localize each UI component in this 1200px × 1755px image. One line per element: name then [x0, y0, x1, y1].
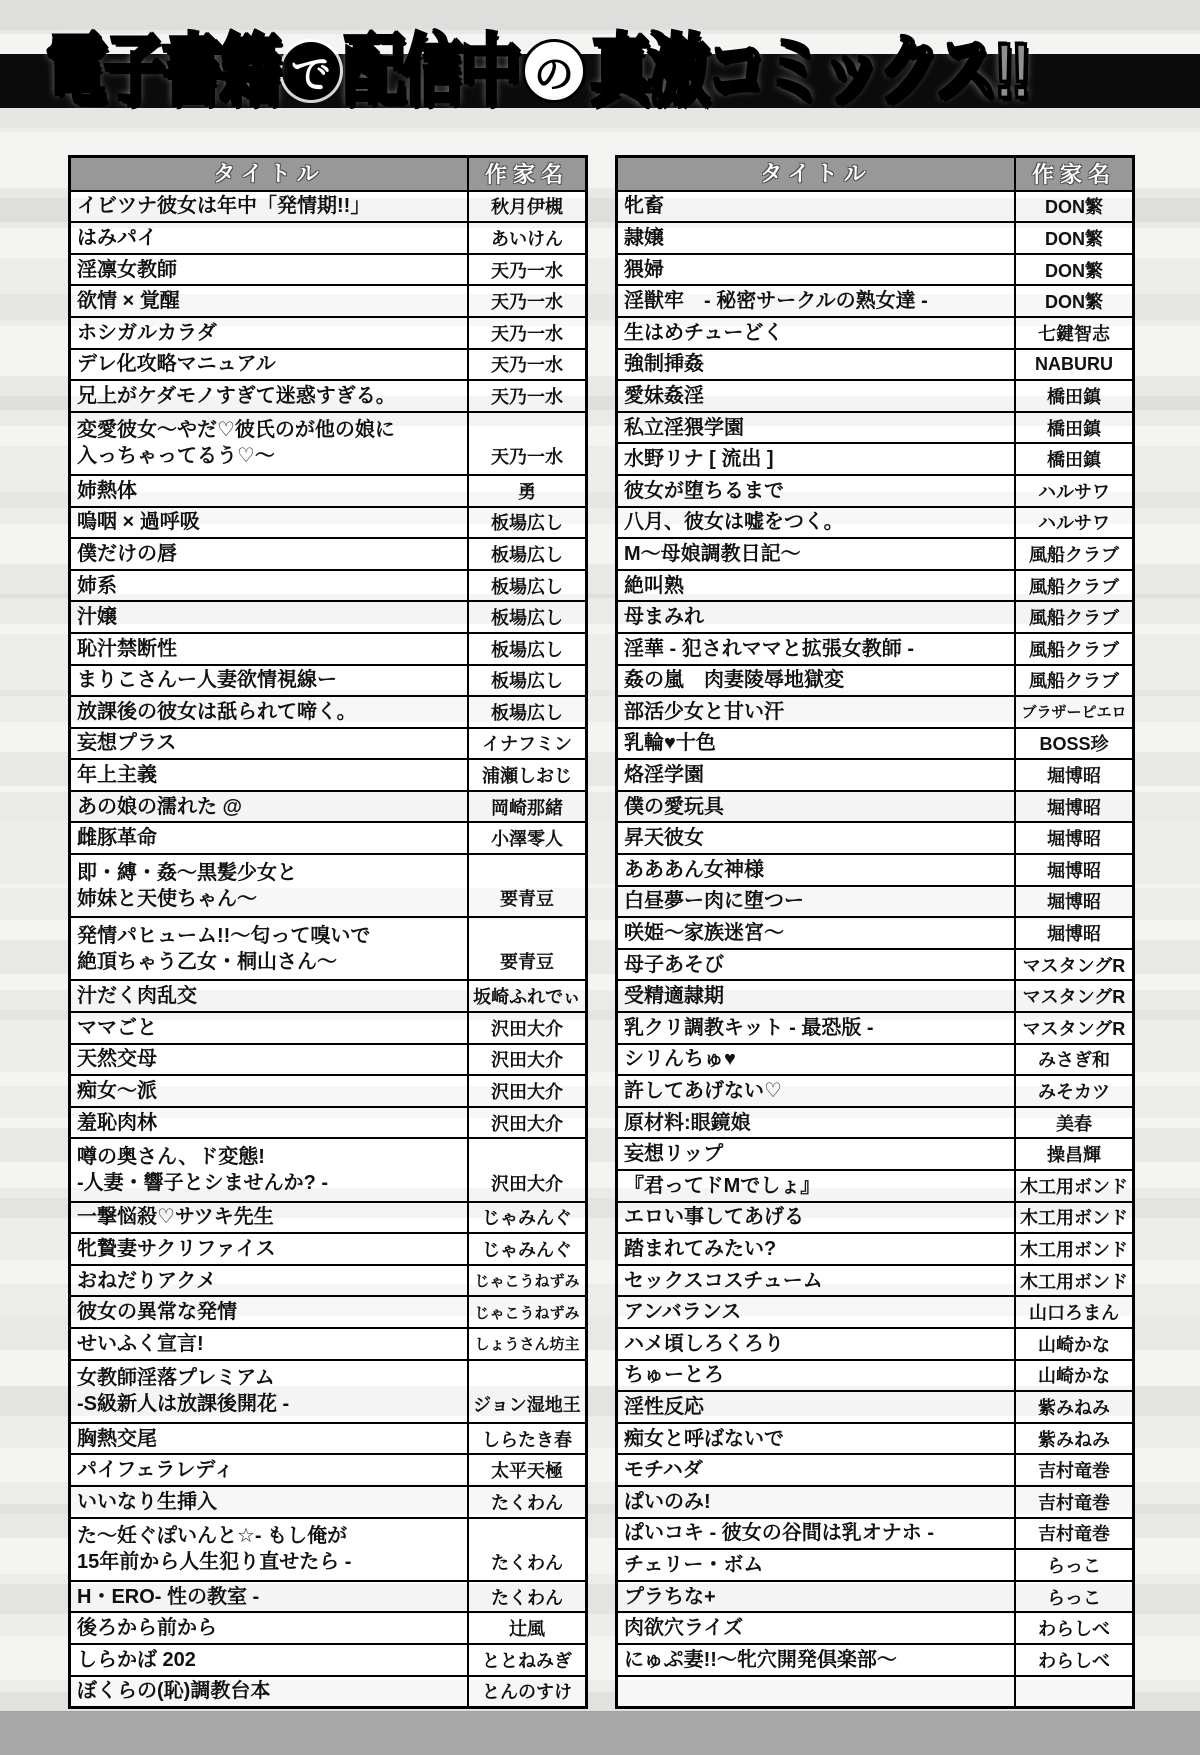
title-cell: 昇天彼女: [618, 823, 1016, 853]
title-cell: 痴女と呼ばないで: [618, 1424, 1016, 1454]
table-row: 許してあげない♡みそカツ: [618, 1074, 1132, 1106]
title-cell: ぼくらの(恥)調教台本: [71, 1677, 469, 1707]
table-row: 兄上がケダモノすぎて迷惑すぎる。天乃一水: [71, 379, 585, 411]
title-cell: 後ろから前から: [71, 1613, 469, 1643]
table-row: にゅぷ妻!!〜牝穴開発倶楽部〜わらしべ: [618, 1643, 1132, 1675]
footer-gray-band: [0, 1711, 1200, 1755]
author-cell: 天乃一水: [469, 286, 585, 316]
table-row: まりこさんー人妻欲情視線ー板場広し: [71, 664, 585, 696]
title-cell: イビツナ彼女は年中「発情期!!」: [71, 192, 469, 222]
table-row: はみパイあいけん: [71, 221, 585, 253]
title-cell: アンバランス: [618, 1297, 1016, 1327]
table-row: ハメ頃しろくろり山崎かな: [618, 1327, 1132, 1359]
table-row: 汁嬢板場広し: [71, 600, 585, 632]
table-row: エロい事してあげる木工用ボンド: [618, 1201, 1132, 1233]
title-cell: ぱいコキ - 彼女の谷間は乳オナホ -: [618, 1519, 1016, 1549]
author-cell: 木工用ボンド: [1016, 1171, 1132, 1201]
table-row: 一撃悩殺♡サツキ先生じゃみんぐ: [71, 1201, 585, 1233]
table-row: しらかば 202ととねみぎ: [71, 1643, 585, 1675]
table-row: 淫性反応紫みねみ: [618, 1390, 1132, 1422]
author-cell: らっこ: [1016, 1550, 1132, 1580]
table-row: イビツナ彼女は年中「発情期!!」秋月伊槻: [71, 190, 585, 222]
title-cell: 淫獣牢 - 秘密サークルの熟女達 -: [618, 286, 1016, 316]
author-cell: たくわん: [469, 1582, 585, 1612]
title-cell: あの娘の濡れた @: [71, 792, 469, 822]
table-row: せいふく宣言!しょうさん坊主: [71, 1327, 585, 1359]
author-cell: ブラザーピエロ: [1016, 697, 1132, 727]
title-cell: 八月、彼女は嘘をつく。: [618, 508, 1016, 538]
title-cell: 姉熱体: [71, 476, 469, 506]
author-cell: 板場広し: [469, 508, 585, 538]
title-cell: 原材料:眼鏡娘: [618, 1108, 1016, 1138]
table-row: 母まみれ風船クラブ: [618, 600, 1132, 632]
table-row: 年上主義浦瀬しおじ: [71, 758, 585, 790]
title-column-header: タイトル: [618, 158, 1016, 190]
author-cell: 板場広し: [469, 634, 585, 664]
table-row: ぼくらの(恥)調教台本とんのすけ: [71, 1675, 585, 1707]
author-cell: DON繁: [1016, 286, 1132, 316]
title-cell: 妄想プラス: [71, 729, 469, 759]
table-row: 妄想プラスイナフミン: [71, 727, 585, 759]
author-cell: DON繁: [1016, 255, 1132, 285]
table-row: 肉欲穴ライズわらしべ: [618, 1611, 1132, 1643]
table-row: 天然交母沢田大介: [71, 1043, 585, 1075]
title-cell: 猥婦: [618, 255, 1016, 285]
table-row: 受精適隷期マスタングR: [618, 979, 1132, 1011]
title-cell: 私立淫猥学園: [618, 413, 1016, 443]
title-cell: エロい事してあげる: [618, 1203, 1016, 1233]
title-cell: 彼女が堕ちるまで: [618, 476, 1016, 506]
table-row: ぱいコキ - 彼女の谷間は乳オナホ -吉村竜巻: [618, 1517, 1132, 1549]
table-header-row: タイトル 作家名: [71, 158, 585, 190]
author-cell: 沢田大介: [469, 1139, 585, 1200]
title-cell: あああん女神様: [618, 855, 1016, 885]
title-cell: 僕の愛玩具: [618, 792, 1016, 822]
title-cell: ホシガルカラダ: [71, 318, 469, 348]
title-cell: パイフェラレディ: [71, 1455, 469, 1485]
title-cell: ママごと: [71, 1013, 469, 1043]
title-cell: 羞恥肉林: [71, 1108, 469, 1138]
title-cell: 欲情 × 覚醒: [71, 286, 469, 316]
table-row: 牝畜DON繁: [618, 190, 1132, 222]
table-row: おねだりアクメじゃこうねずみ: [71, 1264, 585, 1296]
table-header-row: タイトル 作家名: [618, 158, 1132, 190]
title-cell: 胸熱交尾: [71, 1424, 469, 1454]
table-row: ホシガルカラダ天乃一水: [71, 316, 585, 348]
author-cell: 橋田鎮: [1016, 444, 1132, 474]
table-row: 八月、彼女は嘘をつく。ハルサワ: [618, 506, 1132, 538]
page-title: 電子書籍で配信中の真激コミックス!!: [46, 12, 1106, 116]
author-cell: わらしべ: [1016, 1645, 1132, 1675]
author-cell: たくわん: [469, 1519, 585, 1580]
author-cell: 天乃一水: [469, 318, 585, 348]
table-row: 姉系板場広し: [71, 569, 585, 601]
author-cell: 沢田大介: [469, 1108, 585, 1138]
title-cell: M〜母娘調教日記〜: [618, 539, 1016, 569]
author-cell: 沢田大介: [469, 1013, 585, 1043]
title-cell: 汁だく肉乱交: [71, 981, 469, 1011]
author-cell: 橋田鎮: [1016, 381, 1132, 411]
table-row: 牝贄妻サクリファイスじゃみんぐ: [71, 1232, 585, 1264]
author-cell: 紫みねみ: [1016, 1424, 1132, 1454]
author-cell: じゃみんぐ: [469, 1203, 585, 1233]
author-cell: マスタングR: [1016, 950, 1132, 980]
author-cell: 風船クラブ: [1016, 571, 1132, 601]
title-cell: 受精適隷期: [618, 981, 1016, 1011]
title-cell: 乳輪♥十色: [618, 729, 1016, 759]
author-cell: 秋月伊槻: [469, 192, 585, 222]
title-cell: おねだりアクメ: [71, 1266, 469, 1296]
author-cell: じゃこうねずみ: [469, 1297, 585, 1327]
table-row: パイフェラレディ太平天極: [71, 1453, 585, 1485]
author-cell: 山口ろまん: [1016, 1297, 1132, 1327]
table-row: シリんちゅ♥みさぎ和: [618, 1043, 1132, 1075]
title-cell: ハメ頃しろくろり: [618, 1329, 1016, 1359]
author-cell: 天乃一水: [469, 413, 585, 474]
author-cell: ジョン湿地王: [469, 1361, 585, 1422]
table-row: 雌豚革命小澤零人: [71, 821, 585, 853]
title-cell: しらかば 202: [71, 1645, 469, 1675]
table-row: ママごと沢田大介: [71, 1011, 585, 1043]
title-cell: 恥汁禁断性: [71, 634, 469, 664]
table-row: 昇天彼女堀博昭: [618, 821, 1132, 853]
table-row: 僕だけの唇板場広し: [71, 537, 585, 569]
table-row: 噂の奥さん、ド変態! -人妻・響子とシませんか? -沢田大介: [71, 1137, 585, 1200]
author-cell: 沢田大介: [469, 1076, 585, 1106]
title-cell: 僕だけの唇: [71, 539, 469, 569]
title-cell: にゅぷ妻!!〜牝穴開発倶楽部〜: [618, 1645, 1016, 1675]
table-row: 痴女と呼ばないで紫みねみ: [618, 1422, 1132, 1454]
table-row: 強制挿姦NABURU: [618, 348, 1132, 380]
title-cell: モチハダ: [618, 1455, 1016, 1485]
title-cell: 痴女〜派: [71, 1076, 469, 1106]
table-row: 変愛彼女〜やだ♡彼氏のが他の娘に 入っちゃってるう♡〜天乃一水: [71, 411, 585, 474]
table-row: 絶叫熟風船クラブ: [618, 569, 1132, 601]
table-row: あの娘の濡れた @岡崎那緒: [71, 790, 585, 822]
author-cell: 岡崎那緒: [469, 792, 585, 822]
author-column-header: 作家名: [1016, 158, 1132, 190]
title-cell: 淫性反応: [618, 1392, 1016, 1422]
author-cell: 風船クラブ: [1016, 539, 1132, 569]
title-cell: まりこさんー人妻欲情視線ー: [71, 666, 469, 696]
title-cell: 年上主義: [71, 760, 469, 790]
author-cell: 勇: [469, 476, 585, 506]
title-cell: 兄上がケダモノすぎて迷惑すぎる。: [71, 381, 469, 411]
author-cell: 板場広し: [469, 571, 585, 601]
table-row: 淫華 - 犯されママと拡張女教師 -風船クラブ: [618, 632, 1132, 664]
author-cell: 七鍵智志: [1016, 318, 1132, 348]
title-cell: 噂の奥さん、ド変態! -人妻・響子とシませんか? -: [71, 1139, 469, 1200]
title-cell: 女教師淫落プレミアム -S級新人は放課後開花 -: [71, 1361, 469, 1422]
author-cell: 美春: [1016, 1108, 1132, 1138]
author-cell: 天乃一水: [469, 255, 585, 285]
table-row: 乳クリ調教キット - 最恐版 -マスタングR: [618, 1011, 1132, 1043]
table-row: 放課後の彼女は舐られて啼く。板場広し: [71, 695, 585, 727]
table-row: 私立淫猥学園橋田鎮: [618, 411, 1132, 443]
author-cell: ハルサワ: [1016, 476, 1132, 506]
author-cell: 堀博昭: [1016, 792, 1132, 822]
table-row: 汁だく肉乱交坂崎ふれでぃ: [71, 979, 585, 1011]
author-cell: 橋田鎮: [1016, 413, 1132, 443]
title-segment: 電子書籍: [46, 8, 278, 119]
author-cell: 天乃一水: [469, 381, 585, 411]
table-row: 恥汁禁断性板場広し: [71, 632, 585, 664]
author-cell: じゃこうねずみ: [469, 1266, 585, 1296]
title-cell: はみパイ: [71, 223, 469, 253]
title-cell: 咲姫〜家族迷宮〜: [618, 918, 1016, 948]
author-cell: 木工用ボンド: [1016, 1203, 1132, 1233]
author-cell: 風船クラブ: [1016, 634, 1132, 664]
author-cell: 操昌輝: [1016, 1139, 1132, 1169]
title-cell: 汁嬢: [71, 602, 469, 632]
author-cell: 板場広し: [469, 697, 585, 727]
author-cell: 山崎かな: [1016, 1329, 1132, 1359]
title-cell: 彼女の異常な発情: [71, 1297, 469, 1327]
title-cell: 即・縛・姦〜黒髪少女と 姉妹と天使ちゃん〜: [71, 855, 469, 916]
table-row: 姉熱体勇: [71, 474, 585, 506]
title-cell: 強制挿姦: [618, 350, 1016, 380]
table-row: 隷嬢DON繁: [618, 221, 1132, 253]
author-cell: 紫みねみ: [1016, 1392, 1132, 1422]
title-cell: た〜妊ぐぽいんと☆- もし俺が 15年前から人生犯り直せたら -: [71, 1519, 469, 1580]
title-cell: せいふく宣言!: [71, 1329, 469, 1359]
table-row: M〜母娘調教日記〜風船クラブ: [618, 537, 1132, 569]
author-cell: とんのすけ: [469, 1677, 585, 1707]
author-cell: 風船クラブ: [1016, 666, 1132, 696]
table-row: [618, 1675, 1132, 1707]
author-cell: 沢田大介: [469, 1045, 585, 1075]
title-cell: 部活少女と甘い汗: [618, 697, 1016, 727]
table-row: 『君ってドMでしょ』木工用ボンド: [618, 1169, 1132, 1201]
author-cell: 堀博昭: [1016, 855, 1132, 885]
table-row: 白昼夢ー肉に堕つー堀博昭: [618, 885, 1132, 917]
table-row: 踏まれてみたい?木工用ボンド: [618, 1232, 1132, 1264]
author-cell: 坂崎ふれでぃ: [469, 981, 585, 1011]
author-cell: 浦瀬しおじ: [469, 760, 585, 790]
table-row: 欲情 × 覚醒天乃一水: [71, 284, 585, 316]
table-row: 淫凛女教師天乃一水: [71, 253, 585, 285]
table-row: 姦の嵐 肉妻陵辱地獄変風船クラブ: [618, 664, 1132, 696]
title-cell: 烙淫学園: [618, 760, 1016, 790]
table-row: 女教師淫落プレミアム -S級新人は放課後開花 -ジョン湿地王: [71, 1359, 585, 1422]
title-cell: チェリー・ボム: [618, 1550, 1016, 1580]
author-cell: NABURU: [1016, 350, 1132, 380]
table-row: 咲姫〜家族迷宮〜堀博昭: [618, 916, 1132, 948]
title-cell: H・ERO- 性の教室 -: [71, 1582, 469, 1612]
table-row: あああん女神様堀博昭: [618, 853, 1132, 885]
author-cell: 要青豆: [469, 855, 585, 916]
title-cell: 母子あそび: [618, 950, 1016, 980]
author-cell: イナフミン: [469, 729, 585, 759]
table-row: 母子あそびマスタングR: [618, 948, 1132, 980]
table-row: いいなり生挿入たくわん: [71, 1485, 585, 1517]
author-cell: 木工用ボンド: [1016, 1234, 1132, 1264]
title-cell: 水野リナ [ 流出 ]: [618, 444, 1016, 474]
table-row: 猥婦DON繁: [618, 253, 1132, 285]
author-cell: 山崎かな: [1016, 1361, 1132, 1391]
table-row: た〜妊ぐぽいんと☆- もし俺が 15年前から人生犯り直せたら -たくわん: [71, 1517, 585, 1580]
author-cell: あいけん: [469, 223, 585, 253]
author-cell: 堀博昭: [1016, 887, 1132, 917]
table-row: 妄想リップ操昌輝: [618, 1137, 1132, 1169]
author-cell: 板場広し: [469, 602, 585, 632]
table-row: 烙淫学園堀博昭: [618, 758, 1132, 790]
title-cell: 一撃悩殺♡サツキ先生: [71, 1203, 469, 1233]
author-cell: [1016, 1677, 1132, 1707]
author-cell: 吉村竜巻: [1016, 1519, 1132, 1549]
author-cell: 風船クラブ: [1016, 602, 1132, 632]
table-row: プラちな+らっこ: [618, 1580, 1132, 1612]
author-cell: 吉村竜巻: [1016, 1455, 1132, 1485]
title-column-header: タイトル: [71, 158, 469, 190]
title-cell: いいなり生挿入: [71, 1487, 469, 1517]
title-circle-segment: の: [522, 39, 586, 103]
title-cell: シリんちゅ♥: [618, 1045, 1016, 1075]
author-cell: しょうさん坊主: [469, 1329, 585, 1359]
title-segment: 真激コミックス!!: [590, 8, 1027, 119]
title-cell: ぱいのみ!: [618, 1487, 1016, 1517]
title-segment: 配信中: [344, 8, 518, 119]
title-cell: 生はめチューどく: [618, 318, 1016, 348]
author-cell: 太平天極: [469, 1455, 585, 1485]
author-column-header: 作家名: [469, 158, 585, 190]
table-row: ちゅーとろ山崎かな: [618, 1359, 1132, 1391]
table-row: 生はめチューどく七鍵智志: [618, 316, 1132, 348]
title-cell: デレ化攻略マニュアル: [71, 350, 469, 380]
table-row: 嗚咽 × 過呼吸板場広し: [71, 506, 585, 538]
author-cell: 堀博昭: [1016, 918, 1132, 948]
title-cell: 放課後の彼女は舐られて啼く。: [71, 697, 469, 727]
title-cell: ちゅーとろ: [618, 1361, 1016, 1391]
right-table: タイトル 作家名 牝畜DON繁隷嬢DON繁猥婦DON繁淫獣牢 - 秘密サークルの…: [615, 155, 1135, 1709]
author-cell: みさぎ和: [1016, 1045, 1132, 1075]
title-cell: 白昼夢ー肉に堕つー: [618, 887, 1016, 917]
author-cell: 板場広し: [469, 539, 585, 569]
title-cell: 母まみれ: [618, 602, 1016, 632]
table-row: モチハダ吉村竜巻: [618, 1453, 1132, 1485]
title-cell: 絶叫熟: [618, 571, 1016, 601]
title-cell: 姉系: [71, 571, 469, 601]
author-cell: マスタングR: [1016, 1013, 1132, 1043]
table-row: 胸熱交尾しらたき春: [71, 1422, 585, 1454]
author-cell: 木工用ボンド: [1016, 1266, 1132, 1296]
title-cell: セックスコスチューム: [618, 1266, 1016, 1296]
table-row: 愛妹姦淫橋田鎮: [618, 379, 1132, 411]
left-table: タイトル 作家名 イビツナ彼女は年中「発情期!!」秋月伊槻はみパイあいけん淫凛女…: [68, 155, 588, 1709]
table-row: チェリー・ボムらっこ: [618, 1548, 1132, 1580]
title-cell: 雌豚革命: [71, 823, 469, 853]
title-cell: 天然交母: [71, 1045, 469, 1075]
author-cell: じゃみんぐ: [469, 1234, 585, 1264]
author-cell: ととねみぎ: [469, 1645, 585, 1675]
author-cell: みそカツ: [1016, 1076, 1132, 1106]
table-row: 発情パヒューム!!〜匂って嗅いで 絶頂ちゃう乙女・桐山さん〜要青豆: [71, 916, 585, 979]
title-cell: 肉欲穴ライズ: [618, 1613, 1016, 1643]
title-cell: 淫凛女教師: [71, 255, 469, 285]
author-cell: DON繁: [1016, 192, 1132, 222]
table-row: 彼女の異常な発情じゃこうねずみ: [71, 1295, 585, 1327]
author-cell: 吉村竜巻: [1016, 1487, 1132, 1517]
author-cell: 天乃一水: [469, 350, 585, 380]
table-row: 乳輪♥十色BOSS珍: [618, 727, 1132, 759]
table-row: 即・縛・姦〜黒髪少女と 姉妹と天使ちゃん〜要青豆: [71, 853, 585, 916]
author-cell: らっこ: [1016, 1582, 1132, 1612]
author-cell: DON繁: [1016, 223, 1132, 253]
title-cell: 愛妹姦淫: [618, 381, 1016, 411]
table-row: セックスコスチューム木工用ボンド: [618, 1264, 1132, 1296]
author-cell: わらしべ: [1016, 1613, 1132, 1643]
author-cell: 板場広し: [469, 666, 585, 696]
table-row: H・ERO- 性の教室 -たくわん: [71, 1580, 585, 1612]
title-cell: 『君ってドMでしょ』: [618, 1171, 1016, 1201]
author-cell: 要青豆: [469, 918, 585, 979]
title-cell: 牝畜: [618, 192, 1016, 222]
table-row: 部活少女と甘い汗ブラザーピエロ: [618, 695, 1132, 727]
author-cell: 辻風: [469, 1613, 585, 1643]
title-cell: 変愛彼女〜やだ♡彼氏のが他の娘に 入っちゃってるう♡〜: [71, 413, 469, 474]
title-cell: 隷嬢: [618, 223, 1016, 253]
title-cell: 乳クリ調教キット - 最恐版 -: [618, 1013, 1016, 1043]
title-cell: 発情パヒューム!!〜匂って嗅いで 絶頂ちゃう乙女・桐山さん〜: [71, 918, 469, 979]
author-cell: 堀博昭: [1016, 823, 1132, 853]
title-cell: 許してあげない♡: [618, 1076, 1016, 1106]
table-row: アンバランス山口ろまん: [618, 1295, 1132, 1327]
title-cell: [618, 1677, 1016, 1707]
title-cell: 淫華 - 犯されママと拡張女教師 -: [618, 634, 1016, 664]
author-cell: BOSS珍: [1016, 729, 1132, 759]
title-cell: プラちな+: [618, 1582, 1016, 1612]
title-cell: 妄想リップ: [618, 1139, 1016, 1169]
title-circle-segment: で: [282, 42, 340, 100]
table-row: 痴女〜派沢田大介: [71, 1074, 585, 1106]
table-row: 淫獣牢 - 秘密サークルの熟女達 -DON繁: [618, 284, 1132, 316]
table-row: 後ろから前から辻風: [71, 1611, 585, 1643]
author-cell: 堀博昭: [1016, 760, 1132, 790]
author-cell: 小澤零人: [469, 823, 585, 853]
author-cell: たくわん: [469, 1487, 585, 1517]
title-cell: 牝贄妻サクリファイス: [71, 1234, 469, 1264]
table-row: 原材料:眼鏡娘美春: [618, 1106, 1132, 1138]
table-row: ぱいのみ!吉村竜巻: [618, 1485, 1132, 1517]
table-row: デレ化攻略マニュアル天乃一水: [71, 348, 585, 380]
title-cell: 姦の嵐 肉妻陵辱地獄変: [618, 666, 1016, 696]
title-cell: 嗚咽 × 過呼吸: [71, 508, 469, 538]
table-row: 僕の愛玩具堀博昭: [618, 790, 1132, 822]
table-row: 水野リナ [ 流出 ]橋田鎮: [618, 442, 1132, 474]
author-cell: マスタングR: [1016, 981, 1132, 1011]
title-cell: 踏まれてみたい?: [618, 1234, 1016, 1264]
table-row: 彼女が堕ちるまでハルサワ: [618, 474, 1132, 506]
author-cell: ハルサワ: [1016, 508, 1132, 538]
table-row: 羞恥肉林沢田大介: [71, 1106, 585, 1138]
author-cell: しらたき春: [469, 1424, 585, 1454]
